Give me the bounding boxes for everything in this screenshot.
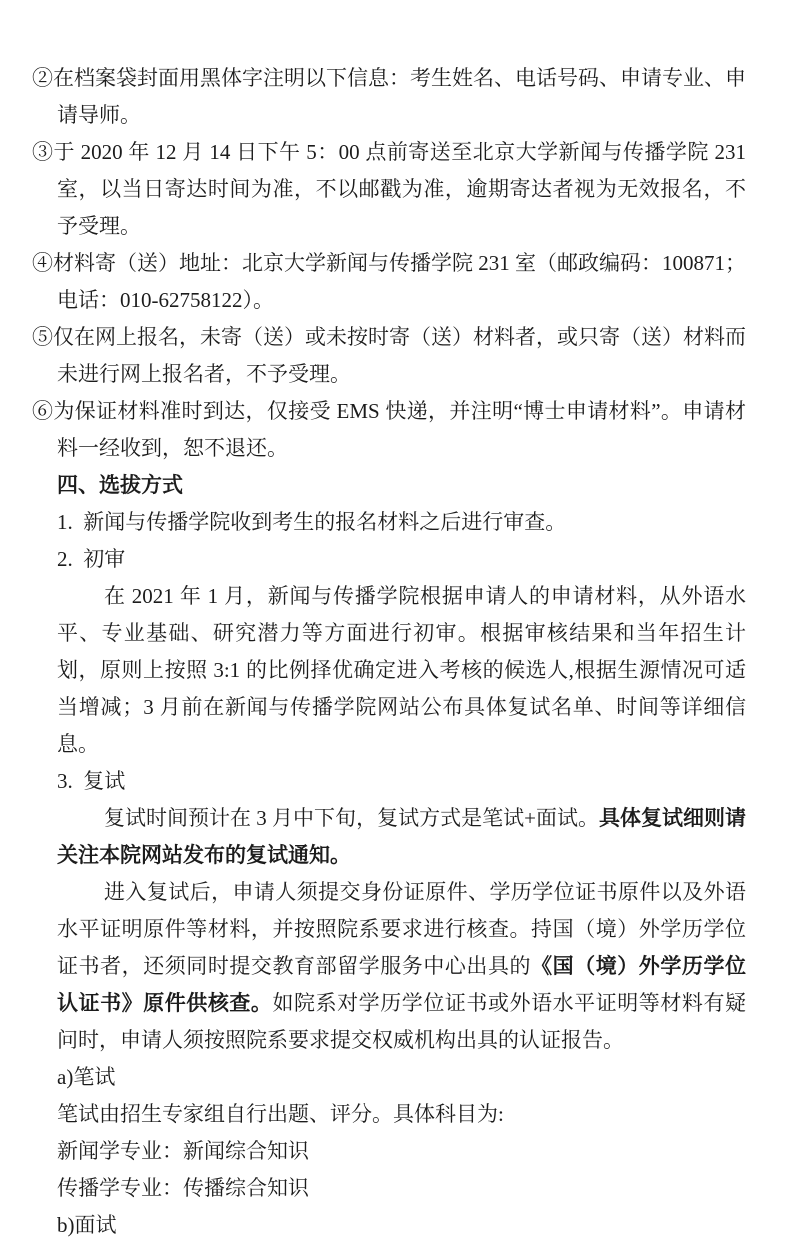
paragraph-initial-review: 在 2021 年 1 月，新闻与传播学院根据申请人的申请材料，从外语水平、专业基… <box>57 578 746 763</box>
written-test-label: a)笔试 <box>57 1059 746 1096</box>
list-item-mailing-label: ②在档案袋封面用黑体字注明以下信息：考生姓名、电话号码、申请专业、申请导师。 <box>57 60 746 134</box>
section-heading-selection-method: 四、选拔方式 <box>57 467 746 504</box>
paragraph-retest: 复试时间预计在 3 月中下旬，复试方式是笔试+面试。具体复试细则请关注本院网站发… <box>57 800 746 874</box>
document-page: ②在档案袋封面用黑体字注明以下信息：考生姓名、电话号码、申请专业、申请导师。 ③… <box>0 0 800 1242</box>
list-item-online-only-warning: ⑤仅在网上报名，未寄（送）或未按时寄（送）材料者，或只寄（送）材料而未进行网上报… <box>57 319 746 393</box>
list-item-ems-requirement: ⑥为保证材料准时到达，仅接受 EMS 快递，并注明“博士申请材料”。申请材料一经… <box>57 393 746 467</box>
numbered-item-retest: 3. 复试 <box>57 763 746 800</box>
numbered-item-preliminary-review: 2. 初审 <box>57 541 746 578</box>
list-item-address: ④材料寄（送）地址：北京大学新闻与传播学院 231 室（邮政编码：100871；… <box>57 245 746 319</box>
written-test-description: 笔试由招生专家组自行出题、评分。具体科目为: <box>57 1096 746 1133</box>
numbered-item-material-review: 1. 新闻与传播学院收到考生的报名材料之后进行审查。 <box>57 504 746 541</box>
list-item-deadline: ③于 2020 年 12 月 14 日下午 5：00 点前寄送至北京大学新闻与传… <box>57 134 746 245</box>
paragraph-credential-verification: 进入复试后，申请人须提交身份证原件、学历学位证书原件以及外语水平证明原件等材料，… <box>57 874 746 1059</box>
retest-schedule-text: 复试时间预计在 3 月中下旬，复试方式是笔试+面试。 <box>104 806 599 830</box>
written-test-subject-communication: 传播学专业：传播综合知识 <box>57 1170 746 1207</box>
written-test-subject-journalism: 新闻学专业：新闻综合知识 <box>57 1133 746 1170</box>
document-content: ②在档案袋封面用黑体字注明以下信息：考生姓名、电话号码、申请专业、申请导师。 ③… <box>57 60 746 1242</box>
interview-label: b)面试 <box>57 1207 746 1242</box>
